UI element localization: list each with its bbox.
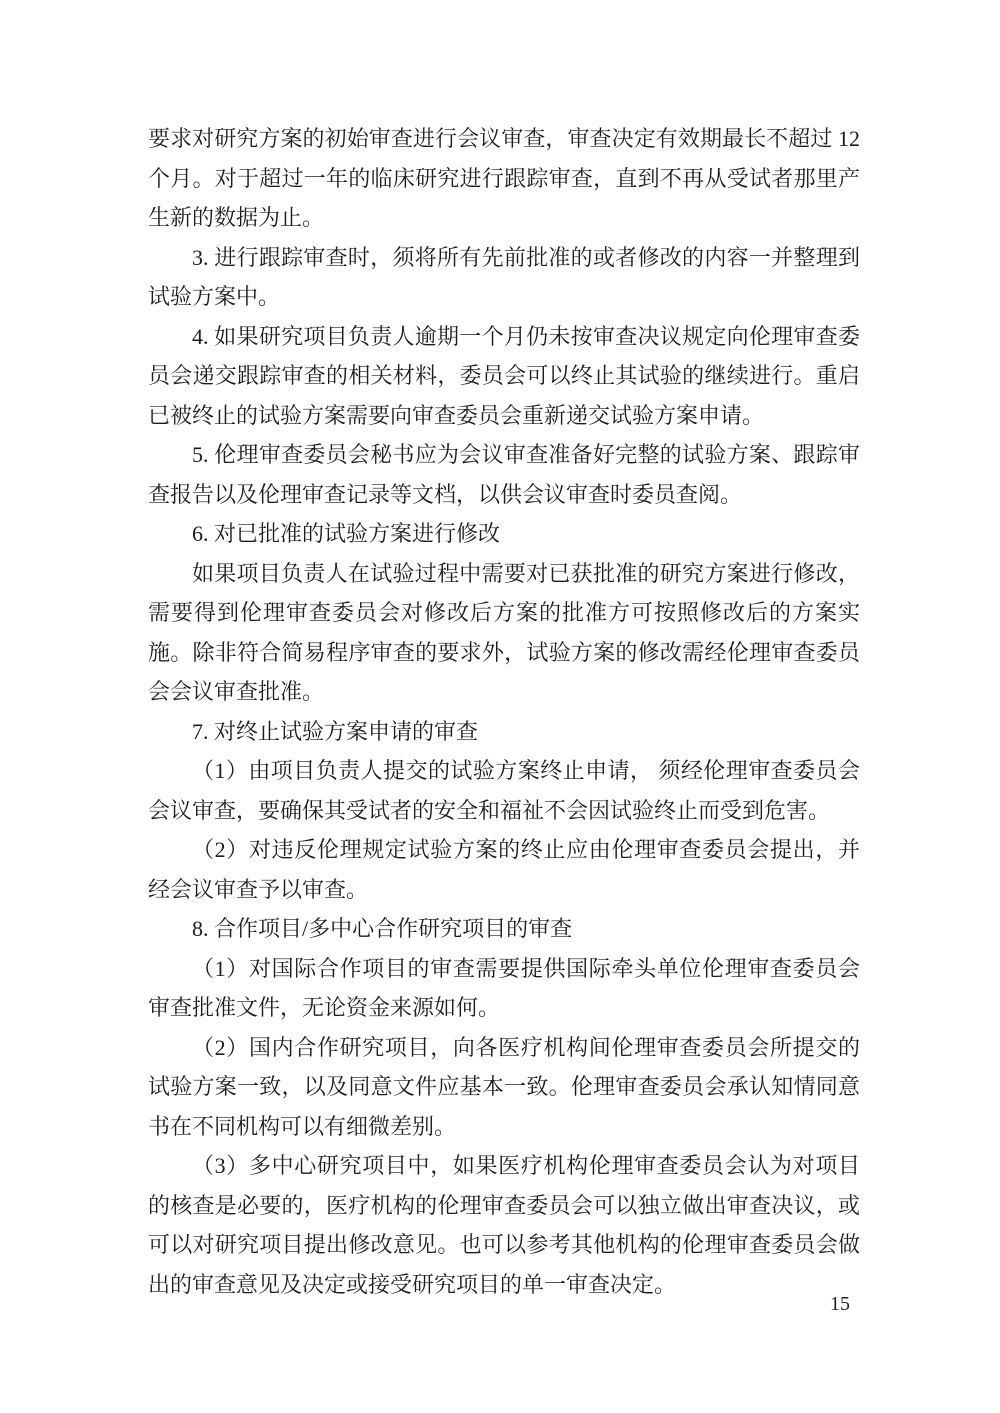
- paragraph: （2）国内合作研究项目，向各医疗机构间伦理审查委员会所提交的试验方案一致，以及同…: [148, 1028, 860, 1147]
- paragraph: （2）对违反伦理规定试验方案的终止应由伦理审查委员会提出，并经会议审查予以审查。: [148, 830, 860, 909]
- document-page: 要求对研究方案的初始审查进行会议审查，审查决定有效期最长不超过 12 个月。对于…: [0, 0, 1000, 1413]
- paragraph: （1）对国际合作项目的审查需要提供国际牵头单位伦理审查委员会审查批准文件，无论资…: [148, 949, 860, 1028]
- paragraph: 8. 合作项目/多中心合作研究项目的审查: [148, 909, 860, 949]
- paragraph: 3. 进行跟踪审查时，须将所有先前批准的或者修改的内容一并整理到试验方案中。: [148, 238, 860, 317]
- paragraph: （3）多中心研究项目中，如果医疗机构伦理审查委员会认为对项目的核查是必要的，医疗…: [148, 1146, 860, 1304]
- paragraph: 如果项目负责人在试验过程中需要对已获批准的研究方案进行修改，需要得到伦理审查委员…: [148, 554, 860, 712]
- paragraph: 6. 对已批准的试验方案进行修改: [148, 514, 860, 554]
- page-number: 15: [820, 1293, 860, 1316]
- paragraph: 7. 对终止试验方案申请的审查: [148, 712, 860, 752]
- page-body: 要求对研究方案的初始审查进行会议审查，审查决定有效期最长不超过 12 个月。对于…: [148, 119, 860, 1304]
- paragraph: 4. 如果研究项目负责人逾期一个月仍未按审查决议规定向伦理审查委员会递交跟踪审查…: [148, 317, 860, 436]
- paragraph: （1）由项目负责人提交的试验方案终止申请， 须经伦理审查委员会会议审查，要确保其…: [148, 751, 860, 830]
- paragraph: 要求对研究方案的初始审查进行会议审查，审查决定有效期最长不超过 12 个月。对于…: [148, 119, 860, 238]
- paragraph: 5. 伦理审查委员会秘书应为会议审查准备好完整的试验方案、跟踪审查报告以及伦理审…: [148, 435, 860, 514]
